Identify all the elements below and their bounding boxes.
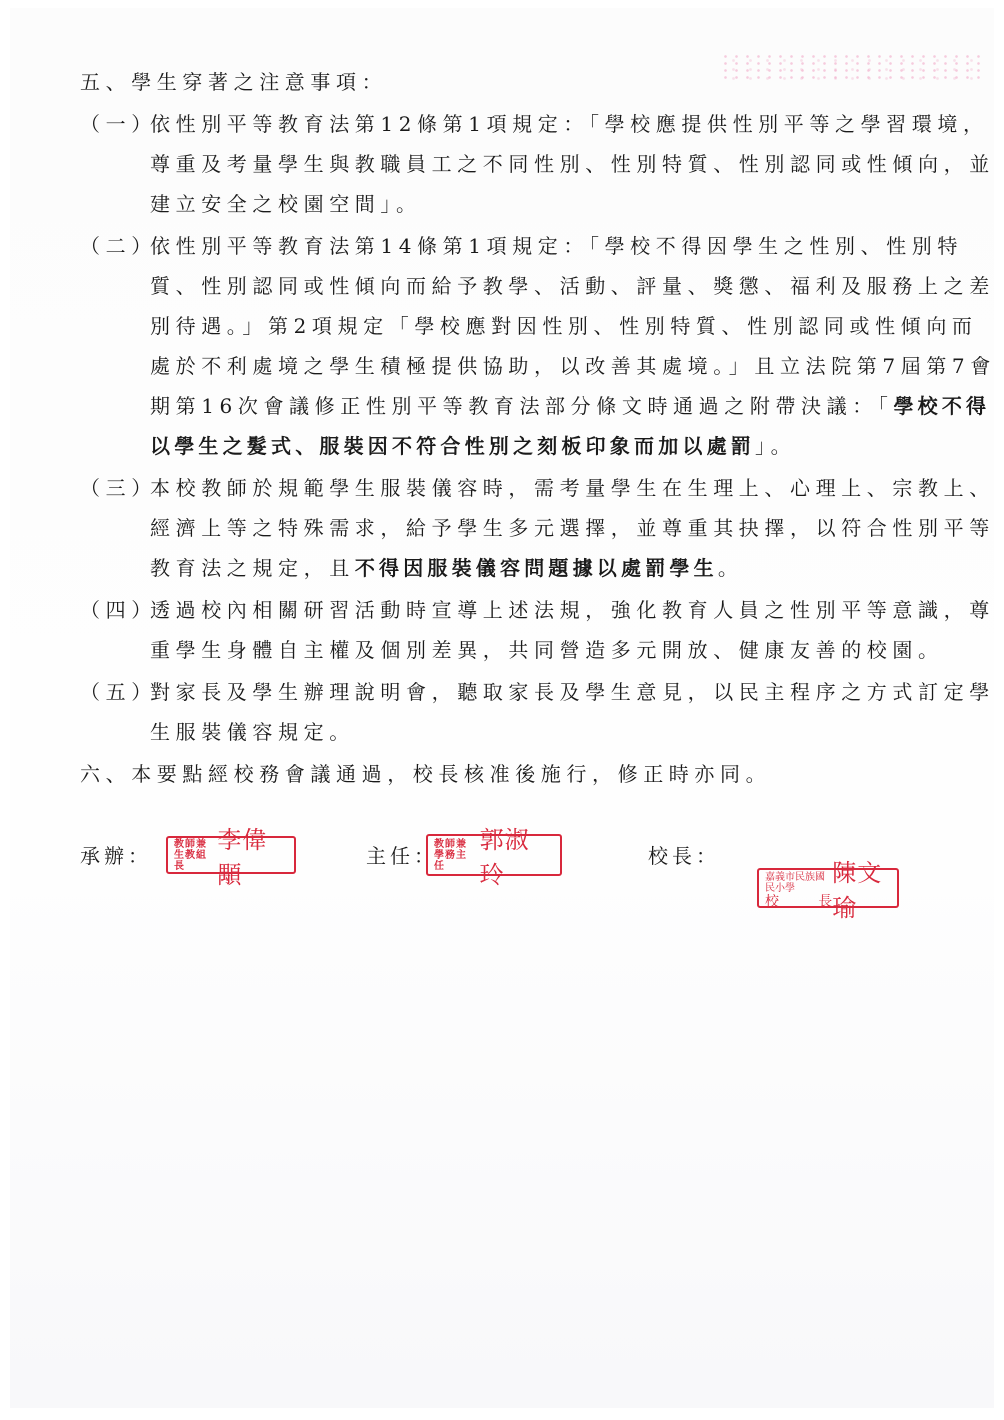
item-2-line-6-end: 」。 (755, 434, 796, 458)
item-2-line-6: 以學生之髮式、服裝因不符合性別之刻板印象而加以處罰」。 (150, 434, 796, 458)
item-label-1: （一） (80, 112, 157, 136)
handler-stamp-title-line-1: 教師兼 (174, 839, 215, 850)
principal-stamp-title-b: 長 (818, 894, 832, 910)
item-2-line-4: 處於不利處境之學生積極提供協助，以改善其處境。」且立法院第7屆第7會 (150, 354, 996, 378)
item-1-line-1: 依性別平等教育法第12條第1項規定：「學校應提供性別平等之學習環境， (150, 112, 989, 136)
item-2-line-1: 依性別平等教育法第14條第1項規定：「學校不得因學生之性別、性別特 (150, 234, 963, 258)
item-2-line-5: 期第16次會議修正性別平等教育法部分條文時通過之附帶決議：「學校不得 (150, 394, 990, 418)
item-3-line-3-text: 教育法之規定，且 (150, 556, 355, 580)
section-heading-6: 六、本要點經校務會議通過，校長核准後施行，修正時亦同。 (80, 762, 771, 786)
item-4-line-1: 透過校內相關研習活動時宣導上述法規，強化教育人員之性別平等意識，尊 (150, 598, 995, 622)
item-2-emphasis: 以學生之髮式、服裝因不符合性別之刻板印象而加以處罰 (150, 434, 755, 458)
item-5-line-1: 對家長及學生辦理說明會，聽取家長及學生意見，以民主程序之方式訂定學 (150, 680, 995, 704)
principal-stamp-school: 嘉義市民族國民小學 (765, 872, 832, 894)
director-seal-stamp: 教師兼 學務主任 郭淑玲 (426, 834, 562, 876)
item-3-line-3: 教育法之規定，且不得因服裝儀容問題據以處罰學生。 (150, 556, 743, 580)
handler-stamp-title-line-2: 生教組長 (174, 850, 215, 872)
director-stamp-name: 郭淑玲 (480, 820, 554, 890)
ink-speckle-decoration (720, 53, 980, 83)
principal-stamp-title-a: 校 (765, 894, 779, 910)
principal-stamp-title-row: 校 長 (765, 894, 832, 910)
director-stamp-title-line-1: 教師兼 (434, 839, 478, 850)
handler-seal-stamp: 教師兼 生教組長 李偉顒 (166, 836, 296, 874)
item-label-5: （五） (80, 680, 157, 704)
principal-label: 校長： (648, 840, 720, 869)
document-page (10, 8, 994, 1408)
item-1-line-2: 尊重及考量學生與教職員工之不同性別、性別特質、性別認同或性傾向，並 (150, 152, 995, 176)
item-3-line-2: 經濟上等之特殊需求，給予學生多元選擇，並尊重其抉擇，以符合性別平等 (150, 516, 995, 540)
item-3-emphasis: 不得因服裝儀容問題據以處罰學生 (355, 556, 718, 580)
item-label-2: （二） (80, 234, 157, 258)
item-3-line-1: 本校教師於規範學生服裝儀容時，需考量學生在生理上、心理上、宗教上、 (150, 476, 995, 500)
principal-seal-stamp: 嘉義市民族國民小學 校 長 陳文瑜 (757, 868, 899, 908)
section-heading-5: 五、學生穿著之注意事項： (80, 70, 387, 94)
director-stamp-title: 教師兼 學務主任 (434, 839, 478, 872)
handler-label: 承辦： (80, 840, 152, 869)
principal-stamp-name: 陳文瑜 (832, 853, 891, 923)
item-2-line-5-text: 期第16次會議修正性別平等教育法部分條文時通過之附帶決議：「 (150, 394, 893, 418)
item-5-line-2: 生服裝儀容規定。 (150, 720, 355, 744)
principal-stamp-title: 嘉義市民族國民小學 校 長 (765, 872, 832, 904)
item-4-line-2: 重學生身體自主權及個別差異，共同營造多元開放、健康友善的校園。 (150, 638, 944, 662)
item-2-emphasis-start: 學校不得 (893, 394, 990, 418)
item-1-line-3: 建立安全之校園空間」。 (150, 192, 422, 216)
item-2-line-2: 質、性別認同或性傾向而給予教學、活動、評量、獎懲、福利及服務上之差 (150, 274, 995, 298)
item-2-line-3: 別待遇。」第2項規定「學校應對因性別、性別特質、性別認同或性傾向而 (150, 314, 978, 338)
item-3-line-3-end: 。 (718, 556, 744, 580)
item-label-4: （四） (80, 598, 157, 622)
handler-stamp-title: 教師兼 生教組長 (174, 839, 215, 872)
item-label-3: （三） (80, 476, 157, 500)
director-stamp-title-line-2: 學務主任 (434, 850, 478, 872)
handler-stamp-name: 李偉顒 (217, 820, 288, 890)
